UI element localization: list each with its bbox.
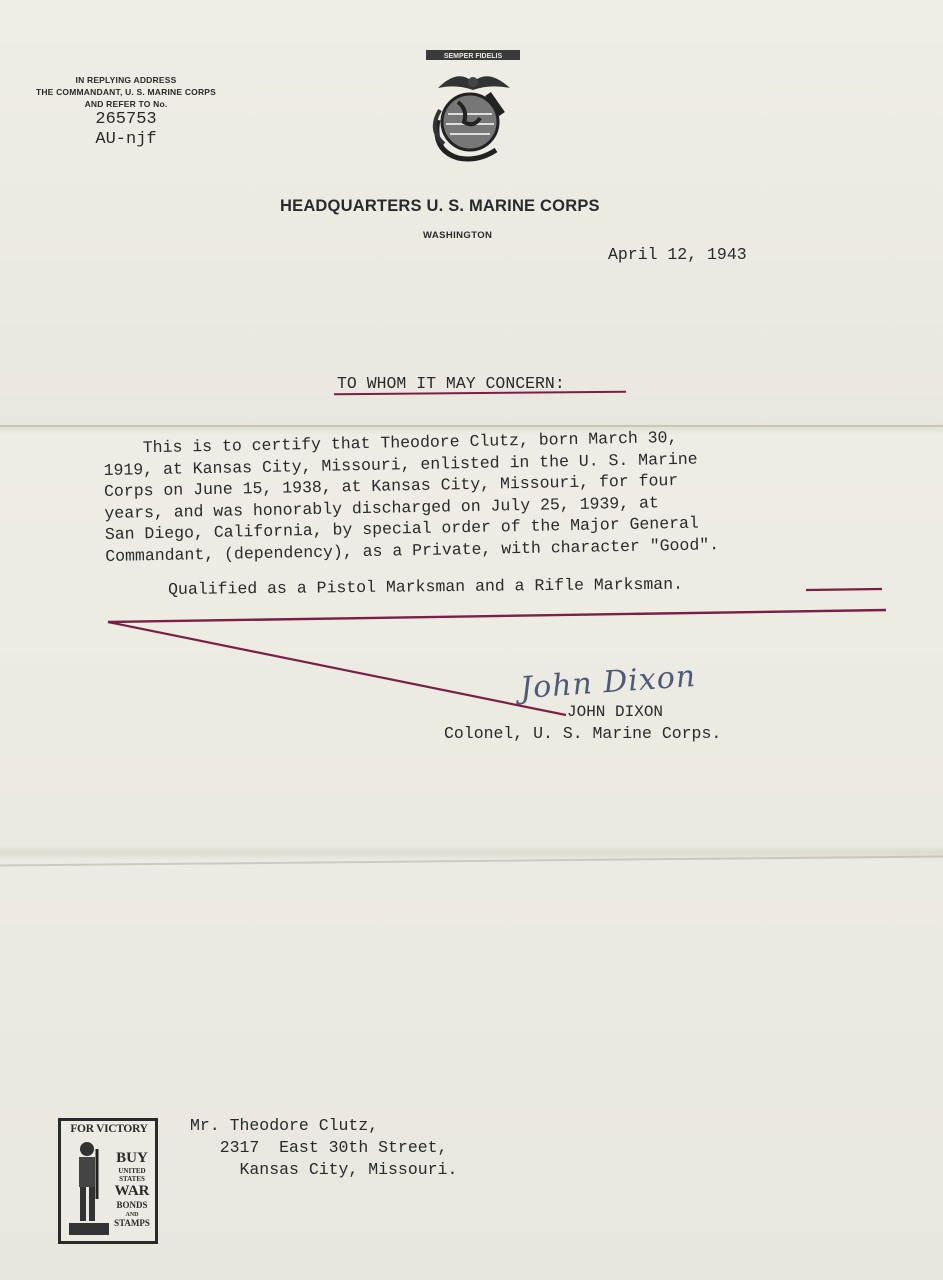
addressee-block: Mr. Theodore Clutz, 2317 East 30th Stree… xyxy=(190,1115,457,1181)
war-bonds-stamp: FOR VICTORY BUY UNITED STATES WAR BONDS … xyxy=(58,1118,158,1244)
stamp-word: WAR xyxy=(107,1184,157,1199)
stamp-word: UNITED xyxy=(107,1168,157,1175)
red-pencil-markings xyxy=(0,0,943,1280)
address-line: 2317 East 30th Street, xyxy=(190,1137,457,1159)
address-line: Mr. Theodore Clutz, xyxy=(190,1115,457,1137)
address-line: Kansas City, Missouri. xyxy=(190,1159,457,1181)
signatory-name: JOHN DIXON xyxy=(567,703,663,721)
stamp-word: BONDS xyxy=(107,1201,157,1210)
minuteman-figure-icon xyxy=(67,1139,109,1239)
stamp-word: STATES xyxy=(107,1176,157,1183)
stamp-word: STAMPS xyxy=(107,1219,157,1228)
stamp-word: BUY xyxy=(107,1151,157,1166)
signatory-title: Colonel, U. S. Marine Corps. xyxy=(444,724,721,743)
stamp-header: FOR VICTORY xyxy=(63,1123,155,1135)
